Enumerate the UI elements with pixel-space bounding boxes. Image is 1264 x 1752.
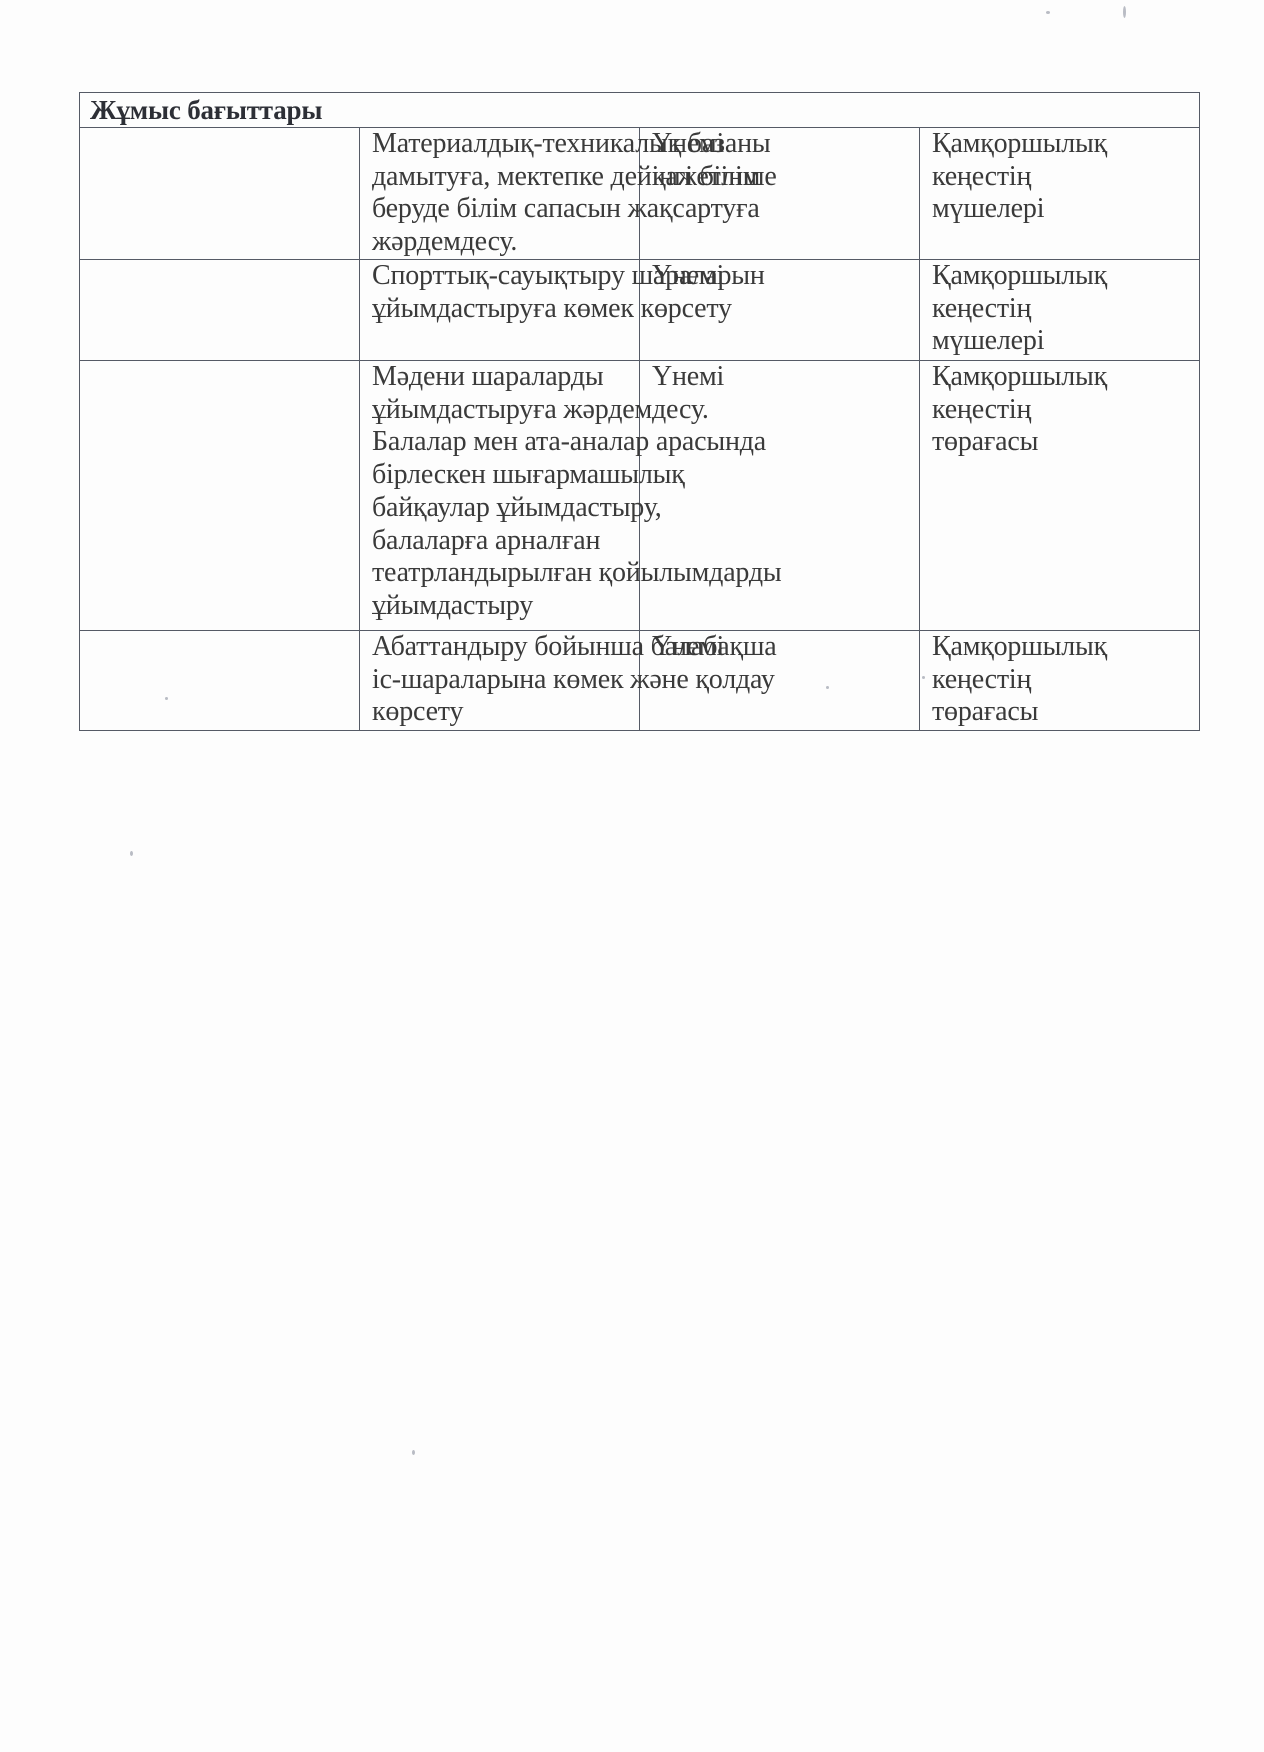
- responsible-line: Қамқоршылық: [932, 128, 1191, 161]
- responsible-line: төрағасы: [932, 426, 1191, 459]
- responsible-line: кеңестің: [932, 161, 1191, 194]
- table-row: Абаттандыру бойынша балабақша іс-шаралар…: [80, 631, 1200, 731]
- responsible-cell: Қамқоршылық кеңестің мүшелері: [920, 260, 1200, 361]
- responsible-line: төрағасы: [932, 696, 1191, 729]
- scan-speck: [130, 851, 133, 856]
- responsible-cell: Қамқоршылық кеңестің төрағасы: [920, 631, 1200, 731]
- scan-speck: [165, 697, 168, 700]
- activity-line: ұйымдастыруға көмек көрсету: [372, 293, 631, 326]
- activity-line: Материалдық-техникалық базаны: [372, 128, 631, 161]
- responsible-line: Қамқоршылық: [932, 361, 1191, 394]
- row-label-cell: [80, 631, 360, 731]
- activity-line: Спорттық-сауықтыру шараларын: [372, 260, 631, 293]
- responsible-line: Қамқоршылық: [932, 631, 1191, 664]
- timing-line: Үнемі: [652, 361, 911, 394]
- scanned-page: Жұмыс бағыттары Материалдық-техникалық б…: [0, 0, 1264, 1752]
- scan-speck: [1123, 6, 1126, 18]
- activity-line: беруде білім сапасын жақсартуға: [372, 193, 631, 226]
- timing-line: қажетінше: [652, 161, 911, 194]
- responsible-line: кеңестің: [932, 293, 1191, 326]
- table-row: Мәдени шараларды ұйымдастыруға жәрдемдес…: [80, 361, 1200, 631]
- scan-speck: [1046, 11, 1050, 14]
- activity-line: театрландырылған қойылымдарды: [372, 557, 631, 590]
- activity-line: жәрдемдесу.: [372, 226, 631, 259]
- activity-line: байқаулар ұйымдастыру,: [372, 492, 631, 525]
- responsible-line: кеңестің: [932, 664, 1191, 697]
- row-label-cell: [80, 260, 360, 361]
- table-row: Спорттық-сауықтыру шараларын ұйымдастыру…: [80, 260, 1200, 361]
- responsible-cell: Қамқоршылық кеңестің төрағасы: [920, 361, 1200, 631]
- table-row: Материалдық-техникалық базаны дамытуға, …: [80, 128, 1200, 260]
- row-label-cell: [80, 361, 360, 631]
- activity-cell: Спорттық-сауықтыру шараларын ұйымдастыру…: [360, 260, 640, 361]
- timing-line: Үнемі: [652, 128, 911, 161]
- table-header-row: Жұмыс бағыттары: [80, 93, 1200, 128]
- work-directions-table: Жұмыс бағыттары Материалдық-техникалық б…: [79, 92, 1200, 731]
- activity-line: дамытуға, мектепке дейінгі білім: [372, 161, 631, 194]
- activity-line: көрсету: [372, 696, 631, 729]
- scan-speck: [922, 676, 925, 679]
- responsible-line: кеңестің: [932, 394, 1191, 427]
- activity-line: Мәдени шараларды: [372, 361, 631, 394]
- scan-speck: [826, 686, 829, 689]
- responsible-line: мүшелері: [932, 325, 1191, 358]
- table-header-title: Жұмыс бағыттары: [80, 93, 1200, 128]
- activity-line: іс-шараларына көмек және қолдау: [372, 664, 631, 697]
- row-label-cell: [80, 128, 360, 260]
- activity-line: Балалар мен ата-аналар арасында: [372, 426, 631, 459]
- responsible-line: Қамқоршылық: [932, 260, 1191, 293]
- activity-line: ұйымдастыруға жәрдемдесу.: [372, 394, 631, 427]
- timing-line: Үнемі: [652, 260, 911, 293]
- activity-cell: Материалдық-техникалық базаны дамытуға, …: [360, 128, 640, 260]
- activity-line: ұйымдастыру: [372, 590, 631, 623]
- activity-line: бірлескен шығармашылық: [372, 459, 631, 492]
- activity-line: Абаттандыру бойынша балабақша: [372, 631, 631, 664]
- activity-cell: Абаттандыру бойынша балабақша іс-шаралар…: [360, 631, 640, 731]
- responsible-cell: Қамқоршылық кеңестің мүшелері: [920, 128, 1200, 260]
- timing-line: Үнемі: [652, 631, 911, 664]
- activity-cell: Мәдени шараларды ұйымдастыруға жәрдемдес…: [360, 361, 640, 631]
- responsible-line: мүшелері: [932, 193, 1191, 226]
- scan-speck: [412, 1450, 415, 1455]
- activity-line: балаларға арналған: [372, 525, 631, 558]
